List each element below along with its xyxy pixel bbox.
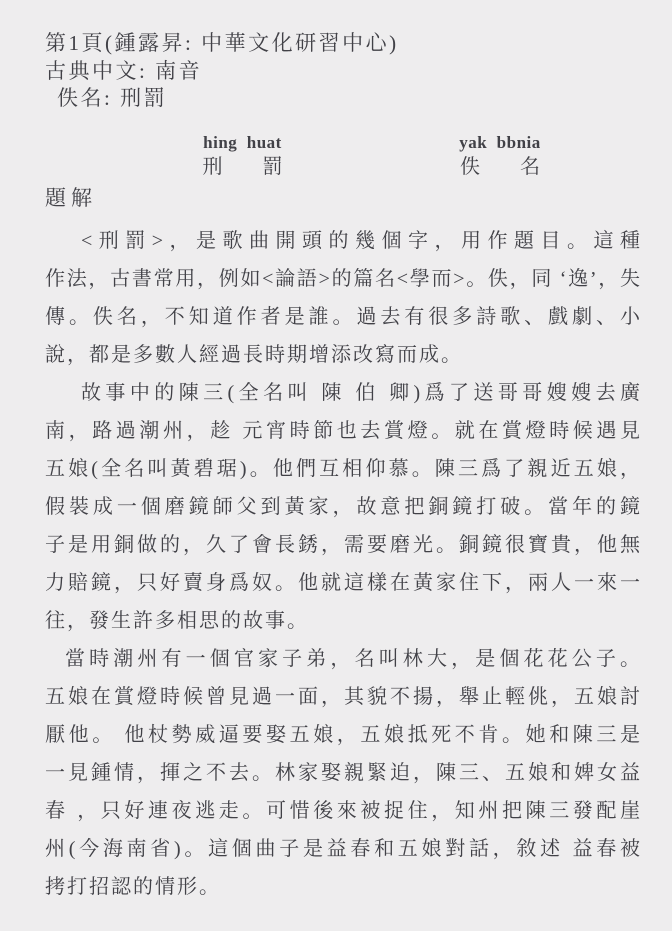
body-line: 五娘(全名叫黃碧琚)。他們互相仰慕。陳三爲了親近五娘， — [45, 450, 640, 488]
body-line: 厭他。 他杖勢威逼要娶五娘，五娘抵死不肯。她和陳三是 — [45, 716, 640, 754]
body-line: 故事中的陳三(全名叫 陳 伯 卿)爲了送哥哥嫂嫂去廣 — [45, 374, 640, 412]
author-hanzi: 佚 名 — [445, 155, 555, 179]
romanization-yak-bbnia: yak bbnia — [445, 133, 555, 153]
body-line: 拷打招認的情形。 — [45, 868, 640, 906]
body-line: 子是用銅做的，久了會長銹，需要磨光。銅鏡很寶貴，他無 — [45, 526, 640, 564]
body-line: 當時潮州有一個官家子弟，名叫林大，是個花花公子。 — [45, 640, 640, 678]
body-line: <刑罰>，是歌曲開頭的幾個字，用作題目。這種 — [45, 222, 640, 260]
page-header-line: 第1頁(鍾露昇: 中華文化研習中心) — [45, 31, 399, 55]
song-title-left-column: hing huat 刑 罰 — [185, 133, 300, 179]
song-title-right-column: yak bbnia 佚 名 — [445, 133, 555, 179]
section-heading: 題解 — [45, 182, 97, 212]
body-line: 作法，古書常用，例如<論語>的篇名<學而>。佚，同 ‘逸’，失 — [45, 260, 640, 298]
course-header-line: 古典中文: 南音 — [45, 59, 202, 83]
body-line: 春 ，只好連夜逃走。可惜後來被捉住，知州把陳三發配崖 — [45, 792, 640, 830]
body-line: 假裝成一個磨鏡師父到黃家，故意把銅鏡打破。當年的鏡 — [45, 488, 640, 526]
romanization-hing-huat: hing huat — [185, 133, 300, 153]
document-page: 第1頁(鍾露昇: 中華文化研習中心) 古典中文: 南音 佚名: 刑罰 hing … — [0, 0, 672, 931]
body-line: 傳。佚名，不知道作者是誰。過去有很多詩歌、戲劇、小 — [45, 298, 640, 336]
body-line: 力賠鏡，只好賣身爲奴。他就這樣在黃家住下，兩人一來一 — [45, 564, 640, 602]
author-title-line: 佚名: 刑罰 — [57, 86, 167, 110]
body-text: <刑罰>，是歌曲開頭的幾個字，用作題目。這種作法，古書常用，例如<論語>的篇名<… — [45, 222, 640, 906]
body-line: 說，都是多數人經過長時期增添改寫而成。 — [45, 336, 640, 374]
body-line: 一見鍾情，揮之不去。林家娶親緊迫，陳三、五娘和婢女益 — [45, 754, 640, 792]
body-line: 五娘在賞燈時候曾見過一面，其貌不揚，舉止輕佻，五娘討 — [45, 678, 640, 716]
body-line: 往，發生許多相思的故事。 — [45, 602, 640, 640]
body-line: 州(今海南省)。這個曲子是益春和五娘對話，敘述 益春被 — [45, 830, 640, 868]
body-line: 南，路過潮州，趁 元宵時節也去賞燈。就在賞燈時候遇見 — [45, 412, 640, 450]
song-title-hanzi: 刑 罰 — [185, 155, 300, 179]
